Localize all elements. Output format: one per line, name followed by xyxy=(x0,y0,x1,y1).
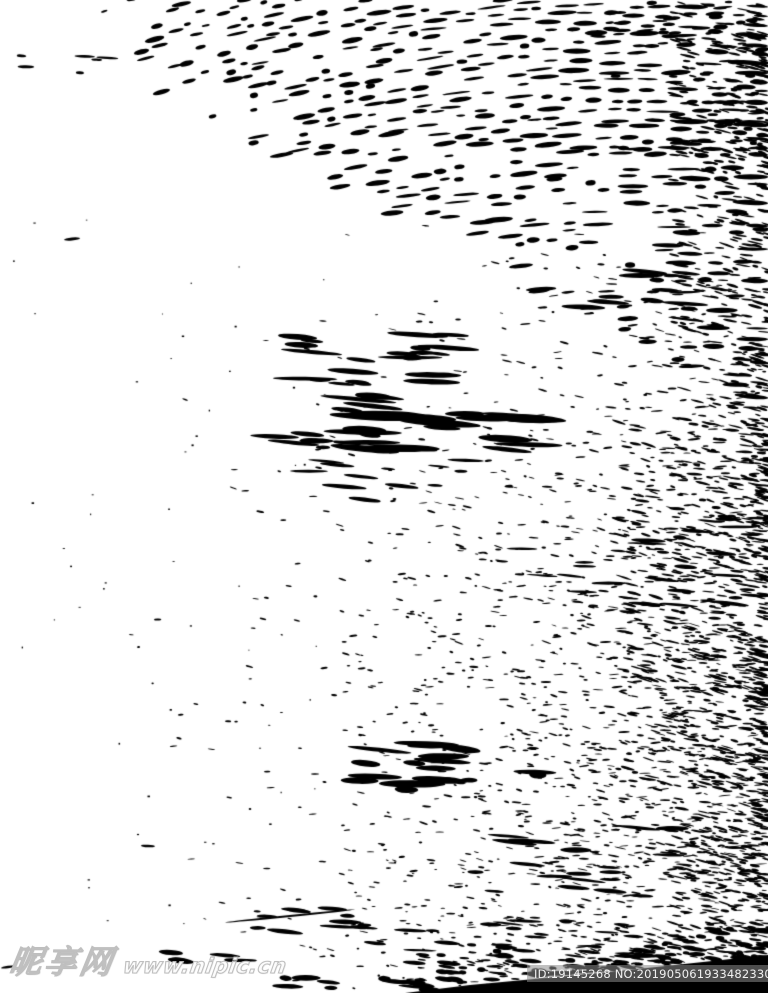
watermark-site-name: 昵享网 xyxy=(7,946,117,978)
id-stamp-band: ID:19145268 NO:20190506193348233000 xyxy=(527,965,768,982)
water-ripple-texture-image xyxy=(0,0,768,993)
watermark: 昵享网 www.nipic.cn xyxy=(7,946,289,978)
watermark-site-url: www.nipic.cn xyxy=(122,956,288,977)
image-id-text: ID:19145268 NO:20190506193348233000 xyxy=(534,967,768,981)
stock-texture-preview: 昵享网 www.nipic.cn ID:19145268 NO:20190506… xyxy=(0,0,768,993)
